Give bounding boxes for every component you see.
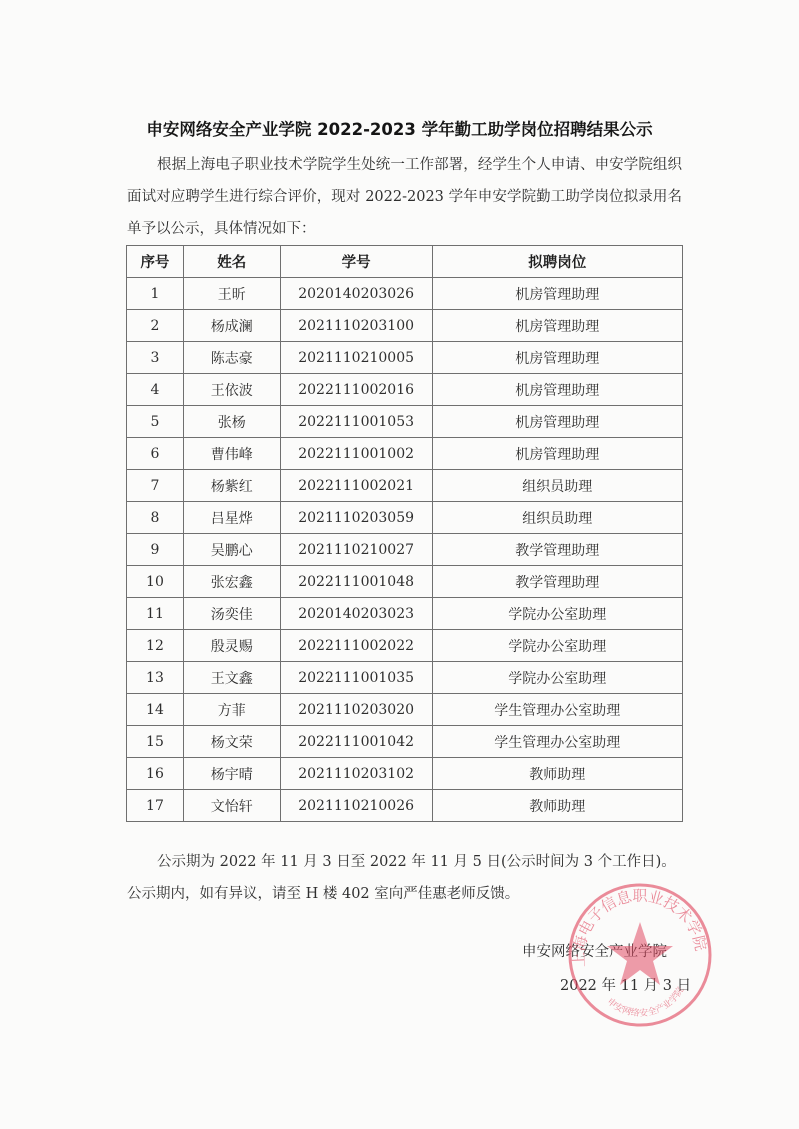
cell-student-id: 2020140203023 xyxy=(280,598,432,630)
cell-name: 杨宇晴 xyxy=(183,758,280,790)
cell-student-id: 2022111001053 xyxy=(280,406,432,438)
cell-no: 12 xyxy=(127,630,184,662)
table-header-row: 序号 姓名 学号 拟聘岗位 xyxy=(127,246,683,278)
cell-no: 13 xyxy=(127,662,184,694)
cell-student-id: 2022111001035 xyxy=(280,662,432,694)
table-row: 12殷灵赐2022111002022学院办公室助理 xyxy=(127,630,683,662)
cell-student-id: 2022111001042 xyxy=(280,726,432,758)
table-row: 17文怡轩2021110210026教师助理 xyxy=(127,790,683,822)
table-row: 1王昕2020140203026机房管理助理 xyxy=(127,278,683,310)
cell-name: 王文鑫 xyxy=(183,662,280,694)
cell-post: 组织员助理 xyxy=(432,470,682,502)
cell-name: 吴鹏心 xyxy=(183,534,280,566)
cell-student-id: 2022111002016 xyxy=(280,374,432,406)
cell-student-id: 2022111001002 xyxy=(280,438,432,470)
signature-date: 2022 年 11 月 3 日 xyxy=(560,974,691,995)
cell-name: 杨紫红 xyxy=(183,470,280,502)
cell-no: 10 xyxy=(127,566,184,598)
cell-student-id: 2021110210005 xyxy=(280,342,432,374)
cell-no: 14 xyxy=(127,694,184,726)
cell-name: 曹伟峰 xyxy=(183,438,280,470)
table-row: 3陈志豪2021110210005机房管理助理 xyxy=(127,342,683,374)
cell-post: 机房管理助理 xyxy=(432,438,682,470)
cell-no: 2 xyxy=(127,310,184,342)
cell-student-id: 2020140203026 xyxy=(280,278,432,310)
cell-post: 学生管理办公室助理 xyxy=(432,726,682,758)
cell-student-id: 2021110203102 xyxy=(280,758,432,790)
cell-no: 4 xyxy=(127,374,184,406)
table-row: 7杨紫红2022111002021组织员助理 xyxy=(127,470,683,502)
table-row: 5张杨2022111001053机房管理助理 xyxy=(127,406,683,438)
cell-post: 机房管理助理 xyxy=(432,374,682,406)
header-post: 拟聘岗位 xyxy=(432,246,682,278)
cell-name: 杨成澜 xyxy=(183,310,280,342)
cell-post: 学院办公室助理 xyxy=(432,630,682,662)
cell-no: 11 xyxy=(127,598,184,630)
cell-name: 王昕 xyxy=(183,278,280,310)
cell-student-id: 2021110203020 xyxy=(280,694,432,726)
cell-post: 组织员助理 xyxy=(432,502,682,534)
table-row: 9吴鹏心2021110210027教学管理助理 xyxy=(127,534,683,566)
header-name: 姓名 xyxy=(183,246,280,278)
cell-post: 学院办公室助理 xyxy=(432,662,682,694)
cell-name: 张杨 xyxy=(183,406,280,438)
intro-paragraph: 根据上海电子职业技术学院学生处统一工作部署，经学生个人申请、申安学院组织面试对应… xyxy=(127,149,682,245)
cell-student-id: 2022111001048 xyxy=(280,566,432,598)
cell-student-id: 2021110210027 xyxy=(280,534,432,566)
cell-no: 8 xyxy=(127,502,184,534)
table-row: 2杨成澜2021110203100机房管理助理 xyxy=(127,310,683,342)
table-row: 8吕星烨2021110203059组织员助理 xyxy=(127,502,683,534)
table-row: 10张宏鑫2022111001048教学管理助理 xyxy=(127,566,683,598)
cell-post: 学生管理办公室助理 xyxy=(432,694,682,726)
notice-objection: 公示期内，如有异议，请至 H 楼 402 室向严佳惠老师反馈。 xyxy=(127,878,687,910)
table-row: 14方菲2021110203020学生管理办公室助理 xyxy=(127,694,683,726)
table-row: 4王依波2022111002016机房管理助理 xyxy=(127,374,683,406)
recruitment-results-table: 序号 姓名 学号 拟聘岗位 1王昕2020140203026机房管理助理2杨成澜… xyxy=(126,245,683,822)
cell-name: 张宏鑫 xyxy=(183,566,280,598)
cell-name: 王依波 xyxy=(183,374,280,406)
cell-name: 吕星烨 xyxy=(183,502,280,534)
cell-name: 方菲 xyxy=(183,694,280,726)
cell-name: 殷灵赐 xyxy=(183,630,280,662)
cell-student-id: 2022111002021 xyxy=(280,470,432,502)
notice-block: 公示期为 2022 年 11 月 3 日至 2022 年 11 月 5 日(公示… xyxy=(127,846,687,910)
cell-post: 教师助理 xyxy=(432,758,682,790)
notice-period: 公示期为 2022 年 11 月 3 日至 2022 年 11 月 5 日(公示… xyxy=(127,846,687,878)
cell-name: 杨文荣 xyxy=(183,726,280,758)
cell-post: 学院办公室助理 xyxy=(432,598,682,630)
header-student-id: 学号 xyxy=(280,246,432,278)
cell-student-id: 2021110210026 xyxy=(280,790,432,822)
table-body: 1王昕2020140203026机房管理助理2杨成澜2021110203100机… xyxy=(127,278,683,822)
cell-post: 教学管理助理 xyxy=(432,534,682,566)
cell-no: 1 xyxy=(127,278,184,310)
cell-name: 陈志豪 xyxy=(183,342,280,374)
cell-post: 机房管理助理 xyxy=(432,342,682,374)
cell-student-id: 2022111002022 xyxy=(280,630,432,662)
header-no: 序号 xyxy=(127,246,184,278)
table-row: 16杨宇晴2021110203102教师助理 xyxy=(127,758,683,790)
cell-post: 教学管理助理 xyxy=(432,566,682,598)
cell-no: 17 xyxy=(127,790,184,822)
cell-student-id: 2021110203059 xyxy=(280,502,432,534)
signature-org: 申安网络安全产业学院 xyxy=(522,940,667,961)
cell-no: 9 xyxy=(127,534,184,566)
table-row: 13王文鑫2022111001035学院办公室助理 xyxy=(127,662,683,694)
cell-student-id: 2021110203100 xyxy=(280,310,432,342)
cell-name: 文怡轩 xyxy=(183,790,280,822)
cell-post: 机房管理助理 xyxy=(432,310,682,342)
cell-no: 7 xyxy=(127,470,184,502)
cell-post: 教师助理 xyxy=(432,790,682,822)
cell-no: 6 xyxy=(127,438,184,470)
cell-post: 机房管理助理 xyxy=(432,278,682,310)
cell-name: 汤奕佳 xyxy=(183,598,280,630)
table-row: 11汤奕佳2020140203023学院办公室助理 xyxy=(127,598,683,630)
document-title: 申安网络安全产业学院 2022-2023 学年勤工助学岗位招聘结果公示 xyxy=(0,116,799,140)
cell-no: 5 xyxy=(127,406,184,438)
cell-no: 16 xyxy=(127,758,184,790)
table-row: 15杨文荣2022111001042学生管理办公室助理 xyxy=(127,726,683,758)
cell-post: 机房管理助理 xyxy=(432,406,682,438)
table-row: 6曹伟峰2022111001002机房管理助理 xyxy=(127,438,683,470)
cell-no: 15 xyxy=(127,726,184,758)
cell-no: 3 xyxy=(127,342,184,374)
